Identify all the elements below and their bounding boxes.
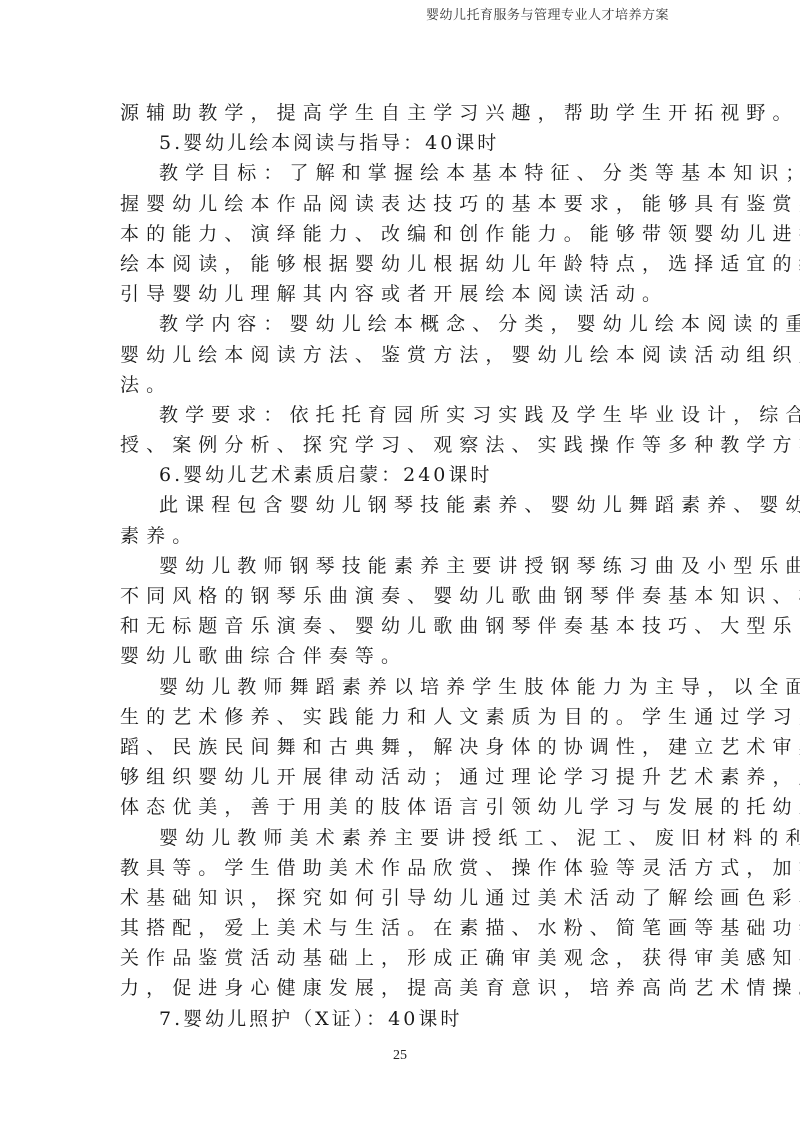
text-line: 不同风格的钢琴乐曲演奏、婴幼儿歌曲钢琴伴奏基本知识、标题音乐 bbox=[120, 581, 680, 611]
text-line: 此课程包含婴幼儿钢琴技能素养、婴幼儿舞蹈素养、婴幼儿声乐 bbox=[120, 490, 680, 520]
text-line: 法。 bbox=[120, 370, 680, 400]
text-line: 术基础知识，探究如何引导幼儿通过美术活动了解绘画色彩、形状及 bbox=[120, 883, 680, 913]
text-line: 和无标题音乐演奏、婴幼儿歌曲钢琴伴奏基本技巧、大型乐曲演奏、 bbox=[120, 611, 680, 641]
text-line: 教学内容：婴幼儿绘本概念、分类，婴幼儿绘本阅读的重要性， bbox=[120, 309, 680, 339]
text-line: 婴幼儿绘本阅读方法、鉴赏方法，婴幼儿绘本阅读活动组织及指导方 bbox=[120, 340, 680, 370]
text-line: 生的艺术修养、实践能力和人文素质为目的。学生通过学习婴幼儿舞 bbox=[120, 702, 680, 732]
section-heading-7: 7.婴幼儿照护（X证）：40课时 bbox=[120, 1004, 680, 1034]
section-heading-5: 5.婴幼儿绘本阅读与指导：40课时 bbox=[120, 128, 680, 158]
text-line: 力，促进身心健康发展，提高美育意识，培养高尚艺术情操。 bbox=[120, 973, 680, 1003]
text-line: 教学要求：依托托育园所实习实践及学生毕业设计，综合运用讲 bbox=[120, 400, 680, 430]
text-line: 教学目标：了解和掌握绘本基本特征、分类等基本知识；熟练掌 bbox=[120, 158, 680, 188]
text-line: 授、案例分析、探究学习、观察法、实践操作等多种教学方法。 bbox=[120, 430, 680, 460]
text-line: 体态优美，善于用美的肢体语言引领幼儿学习与发展的托幼工作者。 bbox=[120, 792, 680, 822]
text-line: 蹈、民族民间舞和古典舞，解决身体的协调性，建立艺术审美观；能 bbox=[120, 732, 680, 762]
text-line: 关作品鉴赏活动基础上，形成正确审美观念，获得审美感知与表现能 bbox=[120, 943, 680, 973]
text-line: 绘本阅读，能够根据婴幼儿根据幼儿年龄特点，选择适宜的绘本，并 bbox=[120, 249, 680, 279]
text-line: 婴幼儿教师钢琴技能素养主要讲授钢琴练习曲及小型乐曲练习、 bbox=[120, 551, 680, 581]
text-line: 握婴幼儿绘本作品阅读表达技巧的基本要求，能够具有鉴赏婴幼儿绘 bbox=[120, 189, 680, 219]
text-line: 引导婴幼儿理解其内容或者开展绘本阅读活动。 bbox=[120, 279, 680, 309]
text-line: 其搭配，爱上美术与生活。在素描、水粉、简笔画等基础功学习和相 bbox=[120, 913, 680, 943]
text-line: 素养。 bbox=[120, 521, 680, 551]
text-line: 够组织婴幼儿开展律动活动；通过理论学习提升艺术素养，成为一个 bbox=[120, 762, 680, 792]
document-body: 源辅助教学，提高学生自主学习兴趣，帮助学生开拓视野。 5.婴幼儿绘本阅读与指导：… bbox=[120, 98, 680, 1034]
text-line: 婴幼儿教师舞蹈素养以培养学生肢体能力为主导，以全面培养学 bbox=[120, 672, 680, 702]
text-line: 婴幼儿歌曲综合伴奏等。 bbox=[120, 641, 680, 671]
text-line: 婴幼儿教师美术素养主要讲授纸工、泥工、废旧材料的利用、玩 bbox=[120, 823, 680, 853]
text-line: 源辅助教学，提高学生自主学习兴趣，帮助学生开拓视野。 bbox=[120, 98, 680, 128]
running-header: 婴幼儿托育服务与管理专业人才培养方案 bbox=[426, 4, 669, 23]
page-number: 25 bbox=[0, 1048, 800, 1064]
section-heading-6: 6.婴幼儿艺术素质启蒙：240课时 bbox=[120, 460, 680, 490]
text-line: 教具等。学生借助美术作品欣赏、操作体验等灵活方式，加深了解美 bbox=[120, 853, 680, 883]
text-line: 本的能力、演绎能力、改编和创作能力。能够带领婴幼儿进行初步的 bbox=[120, 219, 680, 249]
